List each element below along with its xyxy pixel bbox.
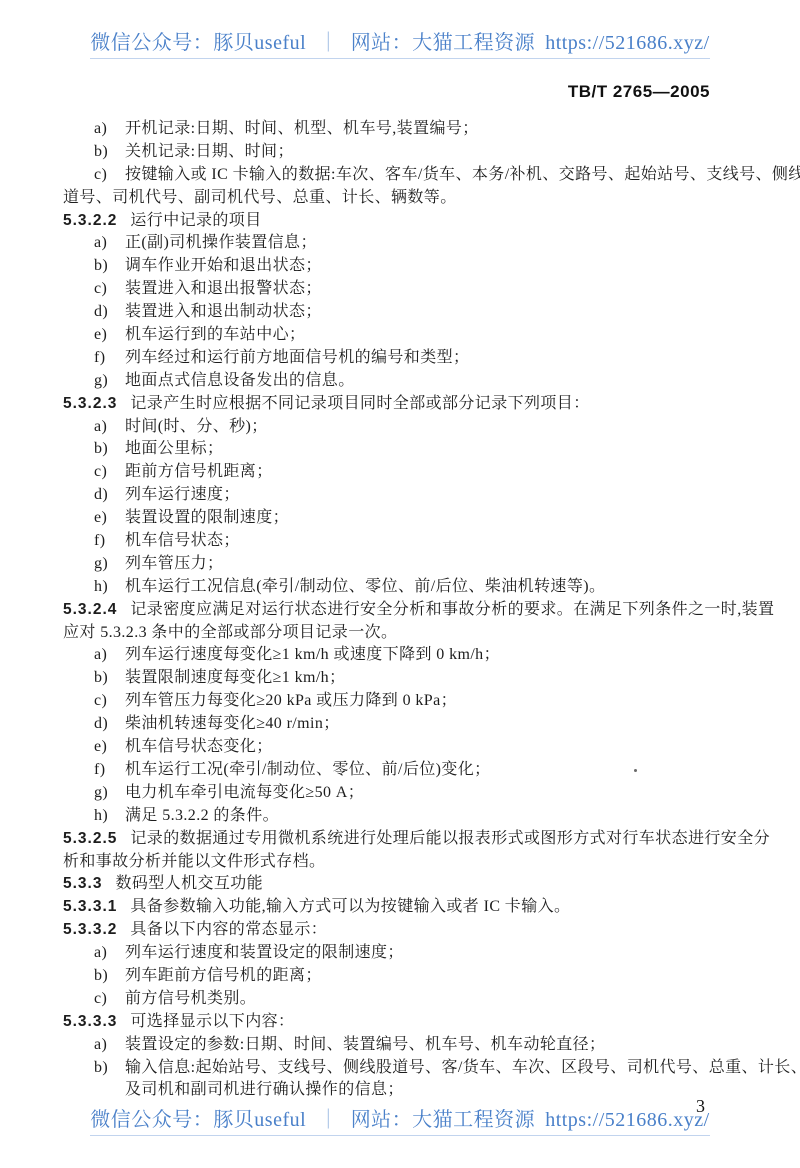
list-item-text: 时间(时、分、秒)；: [125, 418, 268, 435]
list-item: f)机车运行工况(牵引/制动位、零位、前/后位)变化；: [63, 759, 743, 782]
list-item-text: 距前方信号机距离；: [125, 463, 273, 480]
list-item-text: 按键输入或 IC 卡输入的数据:车次、客车/货车、本务/补机、交路号、起始站号、…: [125, 166, 800, 183]
list-item: h)满足 5.3.2.2 的条件。: [63, 805, 743, 828]
list-item-text: 满足 5.3.2.2 的条件。: [125, 807, 279, 824]
list-item-text: 列车运行速度和装置设定的限制速度；: [125, 944, 404, 961]
clause-number: 5.3.3.2: [63, 921, 117, 938]
list-item-label: g): [94, 782, 125, 805]
list-item: d)装置进入和退出制动状态；: [63, 301, 743, 324]
list-item: b)关机记录:日期、时间；: [63, 141, 743, 164]
wrapped-line-text: 道号、司机代号、副司机代号、总重、计长、辆数等。: [63, 189, 457, 206]
list-item-label: h): [94, 805, 125, 828]
list-item-label: g): [94, 553, 125, 576]
list-item: b)输入信息:起始站号、支线号、侧线股道号、客/货车、车次、区段号、司机代号、总…: [63, 1057, 743, 1080]
clause-number: 5.3.2.3: [63, 395, 117, 412]
list-item-text: 列车管压力；: [125, 555, 223, 572]
list-item: a)装置设定的参数:日期、时间、装置编号、机车号、机车动轮直径；: [63, 1034, 743, 1057]
list-item: a)列车运行速度每变化≥1 km/h 或速度下降到 0 km/h；: [63, 644, 743, 667]
list-item: f)列车经过和运行前方地面信号机的编号和类型；: [63, 347, 743, 370]
list-item-text: 列车距前方信号机的距离；: [125, 967, 322, 984]
watermark-site: 网站：大猫工程资源: [351, 32, 536, 54]
list-item: d)柴油机转速每变化≥40 r/min；: [63, 713, 743, 736]
list-item-label: e): [94, 324, 125, 347]
clause-heading: 5.3.3.3可选择显示以下内容：: [63, 1011, 743, 1034]
list-item: c)列车管压力每变化≥20 kPa 或压力降到 0 kPa；: [63, 690, 743, 713]
list-item-text: 关机记录:日期、时间；: [125, 143, 294, 160]
list-item-text: 装置设置的限制速度；: [125, 509, 289, 526]
clause-text: 记录密度应满足对运行状态进行安全分析和事故分析的要求。在满足下列条件之一时,装置: [130, 601, 774, 618]
watermark-site: 网站：大猫工程资源: [351, 1109, 536, 1131]
list-item-text: 开机记录:日期、时间、机型、机车号,装置编号；: [125, 120, 479, 137]
list-item-label: g): [94, 370, 125, 393]
list-item: a)时间(时、分、秒)；: [63, 416, 743, 439]
list-item-text: 列车运行速度每变化≥1 km/h 或速度下降到 0 km/h；: [125, 646, 500, 663]
scan-artifact-dot: [634, 769, 637, 772]
wrapped-line: 应对 5.3.2.3 条中的全部或部分项目记录一次。: [63, 622, 743, 645]
clause-heading: 5.3.2.2运行中记录的项目: [63, 210, 743, 233]
list-item: a)开机记录:日期、时间、机型、机车号,装置编号；: [63, 118, 743, 141]
wrapped-line: 析和事故分析并能以文件形式存档。: [63, 851, 743, 874]
clause-text: 记录产生时应根据不同记录项目同时全部或部分记录下列项目：: [130, 395, 589, 412]
clause-text: 具备参数输入功能,输入方式可以为按键输入或者 IC 卡输入。: [130, 898, 570, 915]
list-item-label: h): [94, 576, 125, 599]
list-item-text: 列车运行速度；: [125, 486, 240, 503]
list-item-text: 前方信号机类别。: [125, 990, 256, 1007]
clause-text: 可选择显示以下内容：: [130, 1013, 294, 1030]
list-item: e)装置设置的限制速度；: [63, 507, 743, 530]
watermark-account: 微信公众号：豚贝useful: [90, 32, 306, 54]
list-item: g)电力机车牵引电流每变化≥50 A；: [63, 782, 743, 805]
list-item-label: c): [94, 461, 125, 484]
list-item: b)调车作业开始和退出状态；: [63, 255, 743, 278]
list-item-label: a): [94, 118, 125, 141]
list-item-label: a): [94, 1034, 125, 1057]
list-item-text: 装置设定的参数:日期、时间、装置编号、机车号、机车动轮直径；: [125, 1036, 605, 1053]
list-item-text: 装置进入和退出制动状态；: [125, 303, 322, 320]
list-item: c)装置进入和退出报警状态；: [63, 278, 743, 301]
list-item: b)装置限制速度每变化≥1 km/h；: [63, 667, 743, 690]
list-item: a)列车运行速度和装置设定的限制速度；: [63, 942, 743, 965]
list-item-label: b): [94, 438, 125, 461]
list-item-text: 机车运行工况信息(牵引/制动位、零位、前/后位、柴油机转速等)。: [125, 578, 605, 595]
list-item: d)列车运行速度；: [63, 484, 743, 507]
clause-number: 5.3.3.3: [63, 1013, 117, 1030]
list-item-label: d): [94, 484, 125, 507]
list-item-label: b): [94, 255, 125, 278]
list-item-label: e): [94, 507, 125, 530]
list-item: e)机车运行到的车站中心；: [63, 324, 743, 347]
list-item-text: 地面公里标；: [125, 440, 223, 457]
list-item: g)列车管压力；: [63, 553, 743, 576]
watermark-url: https://521686.xyz/: [545, 32, 710, 54]
watermark-url: https://521686.xyz/: [545, 1109, 710, 1131]
clause-heading: 5.3.2.4记录密度应满足对运行状态进行安全分析和事故分析的要求。在满足下列条…: [63, 599, 743, 622]
clause-number: 5.3.2.4: [63, 601, 117, 618]
list-item-text: 电力机车牵引电流每变化≥50 A；: [125, 784, 364, 801]
list-item-text: 调车作业开始和退出状态；: [125, 257, 322, 274]
list-item: b)地面公里标；: [63, 438, 743, 461]
list-item: c)按键输入或 IC 卡输入的数据:车次、客车/货车、本务/补机、交路号、起始站…: [63, 164, 743, 187]
document-page: 微信公众号：豚贝useful｜网站：大猫工程资源https://521686.x…: [0, 0, 800, 1168]
list-item-text: 输入信息:起始站号、支线号、侧线股道号、客/货车、车次、区段号、司机代号、总重、…: [125, 1059, 800, 1076]
watermark-account: 微信公众号：豚贝useful: [90, 1109, 306, 1131]
list-item: b)列车距前方信号机的距离；: [63, 965, 743, 988]
list-item: c)前方信号机类别。: [63, 988, 743, 1011]
list-item-label: b): [94, 141, 125, 164]
list-item-text: 正(副)司机操作装置信息；: [125, 234, 317, 251]
doc-body: a)开机记录:日期、时间、机型、机车号,装置编号； b)关机记录:日期、时间； …: [63, 118, 743, 1102]
watermark-top: 微信公众号：豚贝useful｜网站：大猫工程资源https://521686.x…: [0, 26, 800, 59]
clause-text: 运行中记录的项目: [130, 212, 261, 229]
doc-number-header: TB/T 2765—2005: [568, 82, 710, 102]
list-item-text: 机车信号状态；: [125, 532, 240, 549]
list-item: c)距前方信号机距离；: [63, 461, 743, 484]
list-item-label: d): [94, 713, 125, 736]
wrapped-line: 及司机和副司机进行确认操作的信息；: [63, 1079, 743, 1102]
list-item: e)机车信号状态变化；: [63, 736, 743, 759]
list-item-label: e): [94, 736, 125, 759]
watermark-top-inner: 微信公众号：豚贝useful｜网站：大猫工程资源https://521686.x…: [90, 26, 709, 59]
list-item-label: a): [94, 644, 125, 667]
list-item-label: d): [94, 301, 125, 324]
clause-heading: 5.3.2.3记录产生时应根据不同记录项目同时全部或部分记录下列项目：: [63, 393, 743, 416]
clause-number: 5.3.2.5: [63, 830, 117, 847]
list-item-text: 机车信号状态变化；: [125, 738, 273, 755]
list-item: f)机车信号状态；: [63, 530, 743, 553]
list-item: a)正(副)司机操作装置信息；: [63, 232, 743, 255]
watermark-bottom: 微信公众号：豚贝useful｜网站：大猫工程资源https://521686.x…: [0, 1103, 800, 1136]
clause-number: 5.3.3.1: [63, 898, 117, 915]
list-item-text: 柴油机转速每变化≥40 r/min；: [125, 715, 340, 732]
wrapped-line-text: 应对 5.3.2.3 条中的全部或部分项目记录一次。: [63, 624, 397, 641]
clause-text: 记录的数据通过专用微机系统进行处理后能以报表形式或图形方式对行车状态进行安全分: [130, 830, 770, 847]
wrapped-line-text: 及司机和副司机进行确认操作的信息；: [125, 1081, 404, 1098]
clause-number: 5.3.2.2: [63, 212, 117, 229]
clause-text: 具备以下内容的常态显示：: [130, 921, 327, 938]
list-item-text: 机车运行到的车站中心；: [125, 326, 305, 343]
list-item-text: 地面点式信息设备发出的信息。: [125, 372, 355, 389]
list-item-label: b): [94, 667, 125, 690]
watermark-separator: ｜: [318, 32, 339, 54]
list-item-label: c): [94, 988, 125, 1011]
list-item-text: 列车管压力每变化≥20 kPa 或压力降到 0 kPa；: [125, 692, 457, 709]
list-item-text: 装置限制速度每变化≥1 km/h；: [125, 669, 345, 686]
clause-number: 5.3.3: [63, 875, 102, 892]
list-item-label: a): [94, 232, 125, 255]
list-item-label: f): [94, 347, 125, 370]
clause-heading: 5.3.3数码型人机交互功能: [63, 873, 743, 896]
clause-heading: 5.3.3.2具备以下内容的常态显示：: [63, 919, 743, 942]
list-item-text: 列车经过和运行前方地面信号机的编号和类型；: [125, 349, 469, 366]
watermark-separator: ｜: [318, 1109, 339, 1131]
clause-heading: 5.3.2.5记录的数据通过专用微机系统进行处理后能以报表形式或图形方式对行车状…: [63, 828, 743, 851]
list-item-label: c): [94, 164, 125, 187]
clause-text: 数码型人机交互功能: [115, 875, 263, 892]
wrapped-line-text: 析和事故分析并能以文件形式存档。: [63, 853, 325, 870]
list-item-label: f): [94, 759, 125, 782]
list-item-label: c): [94, 278, 125, 301]
list-item-text: 机车运行工况(牵引/制动位、零位、前/后位)变化；: [125, 761, 491, 778]
list-item-label: b): [94, 1057, 125, 1080]
list-item-text: 装置进入和退出报警状态；: [125, 280, 322, 297]
list-item: g)地面点式信息设备发出的信息。: [63, 370, 743, 393]
list-item-label: c): [94, 690, 125, 713]
list-item: h)机车运行工况信息(牵引/制动位、零位、前/后位、柴油机转速等)。: [63, 576, 743, 599]
clause-heading: 5.3.3.1具备参数输入功能,输入方式可以为按键输入或者 IC 卡输入。: [63, 896, 743, 919]
list-item-label: a): [94, 942, 125, 965]
wrapped-line: 道号、司机代号、副司机代号、总重、计长、辆数等。: [63, 187, 743, 210]
list-item-label: a): [94, 416, 125, 439]
list-item-label: f): [94, 530, 125, 553]
watermark-bottom-inner: 微信公众号：豚贝useful｜网站：大猫工程资源https://521686.x…: [90, 1103, 709, 1136]
list-item-label: b): [94, 965, 125, 988]
